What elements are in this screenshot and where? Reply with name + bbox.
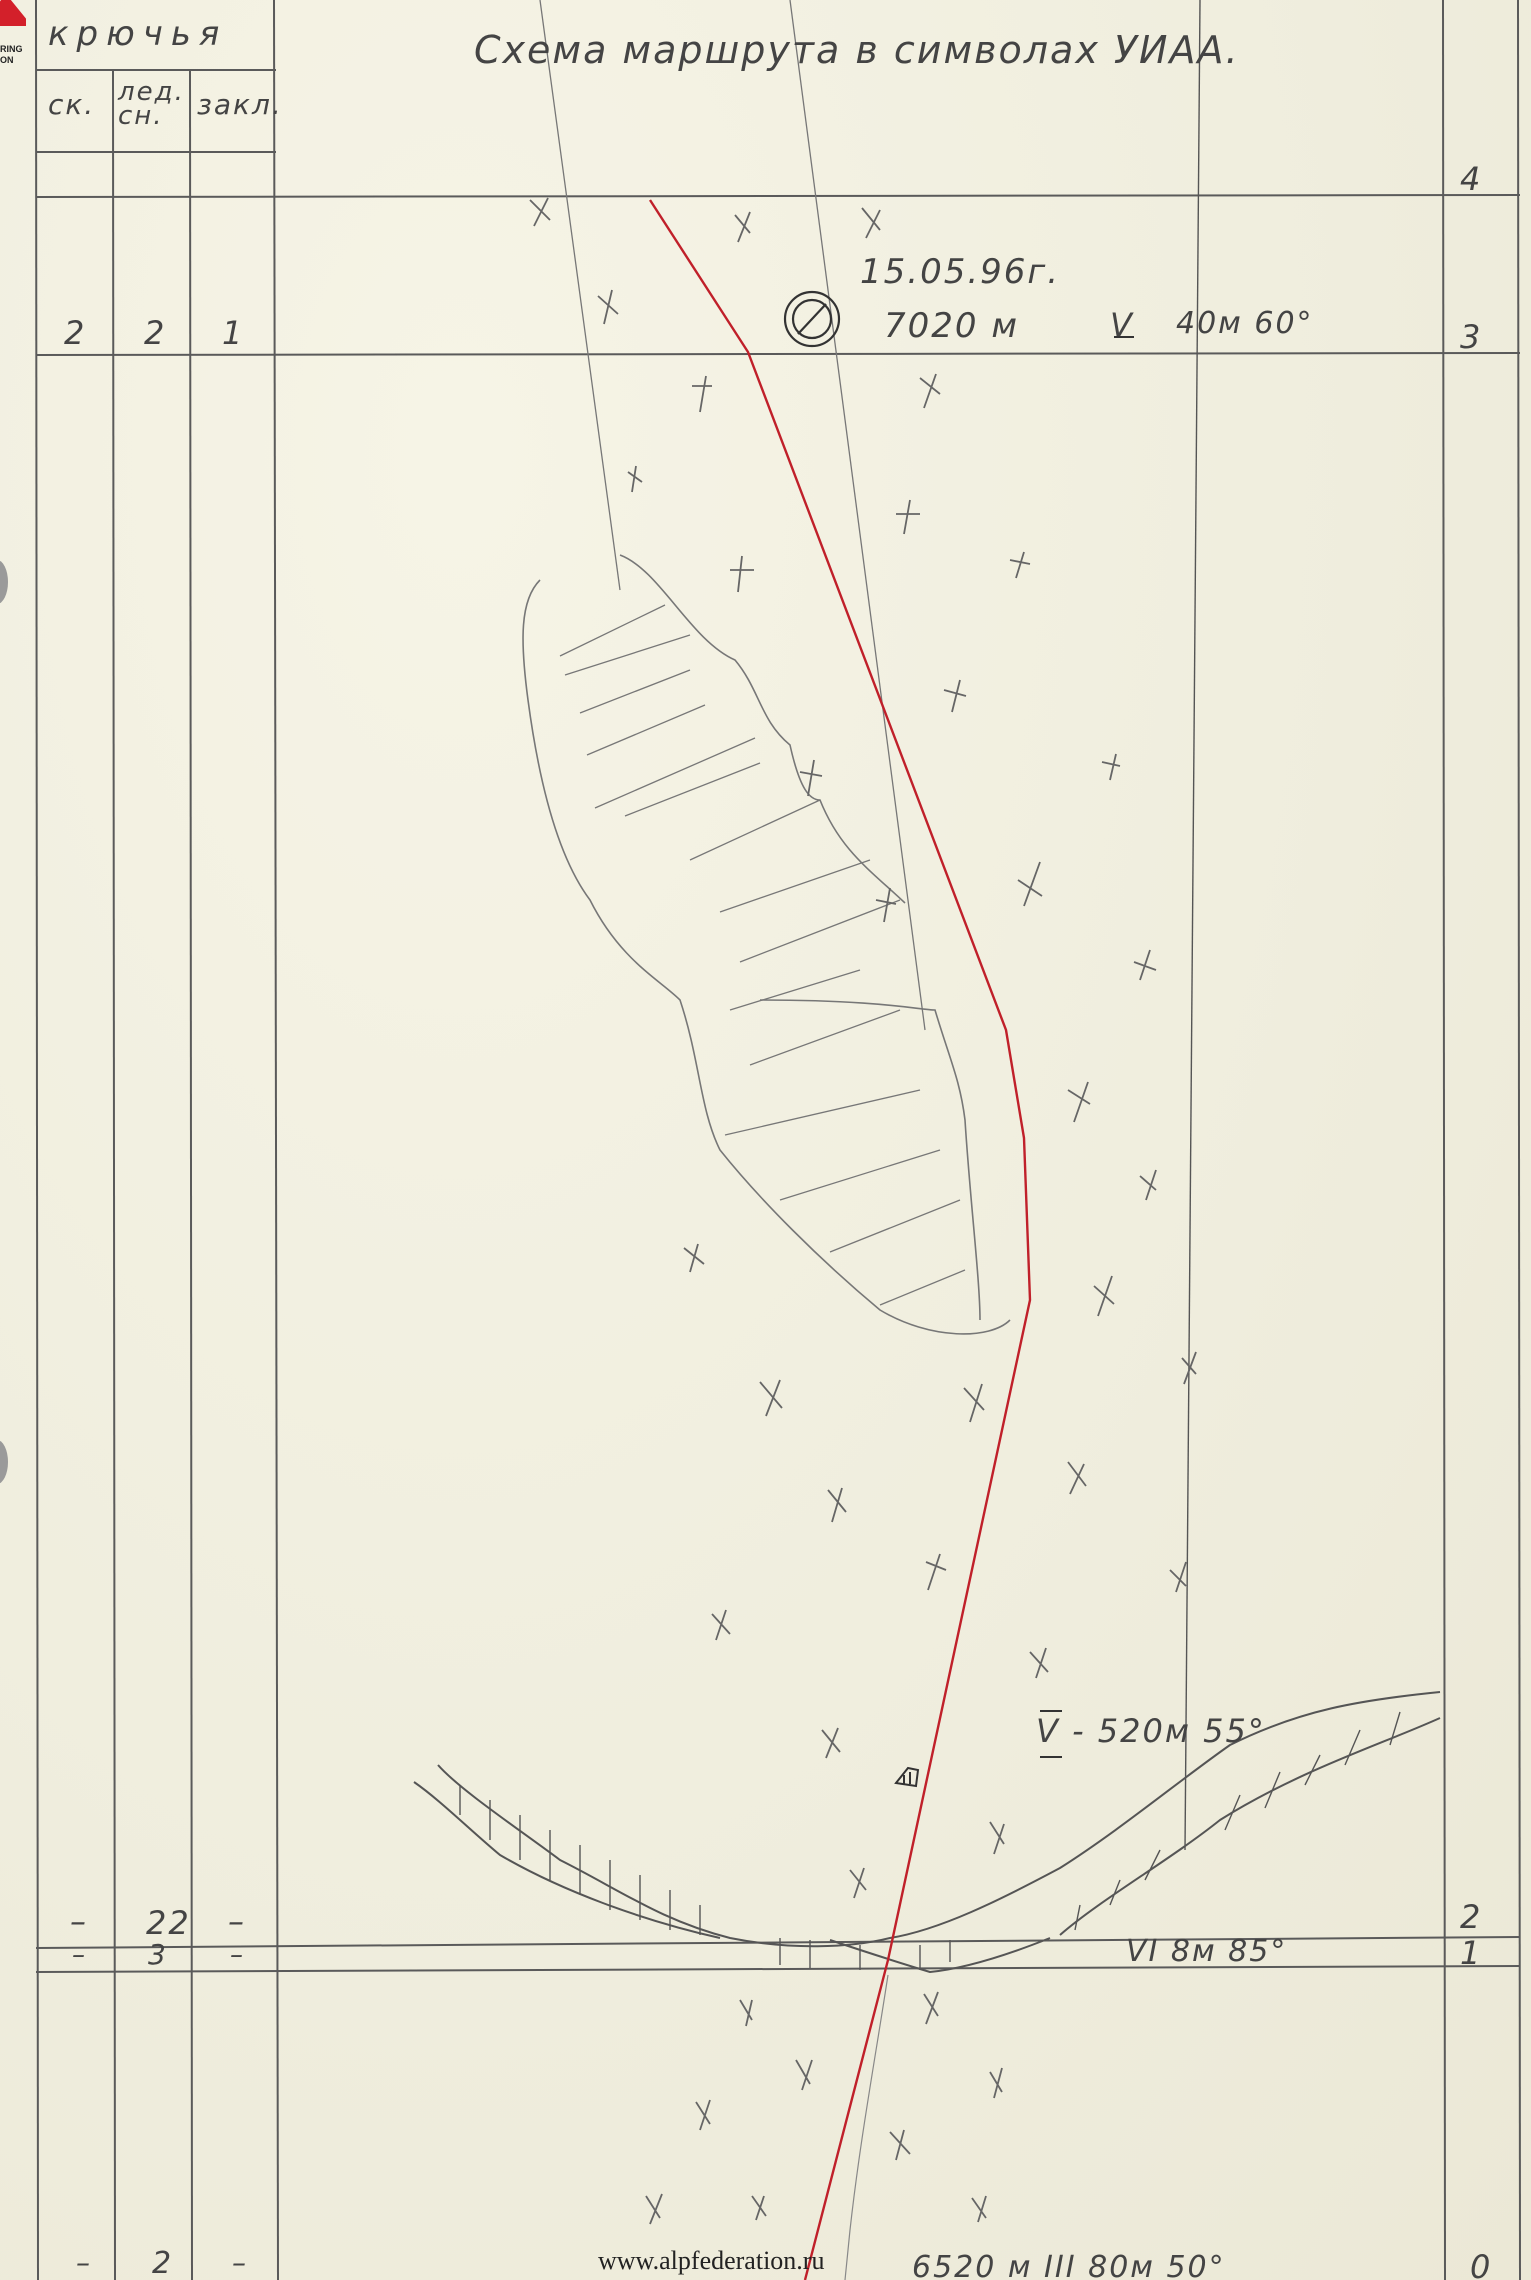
logo-triangle-icon (0, 0, 26, 26)
bergschrund (414, 0, 1440, 1972)
count-rock: – (70, 1902, 88, 1940)
count-ice: 2 (144, 314, 166, 352)
section-number: 3 (1460, 318, 1482, 356)
logo: RINGON (0, 0, 26, 70)
count-ice: 3 (148, 1938, 168, 1971)
ice-markers (530, 198, 1196, 2224)
section-number: 1 (1460, 1934, 1482, 1972)
section-number: 2 (1460, 1898, 1482, 1936)
grade-label: V (1110, 306, 1134, 344)
bivouac-marker-icon (785, 292, 839, 346)
count-fixed: 1 (222, 314, 244, 352)
count-fixed: – (228, 1902, 246, 1940)
table-title: крючья (48, 14, 227, 54)
watermark: www.alpfederation.ru (598, 2246, 824, 2276)
date-label: 15.05.96г. (860, 252, 1060, 292)
page-title: Схема маршрута в символах УИАА. (474, 28, 1240, 72)
logo-text: RINGON (0, 44, 23, 66)
column-fixed: закл. (197, 88, 283, 121)
count-rock: 2 (64, 314, 86, 352)
grade-overbars (1040, 337, 1134, 1757)
tent-icon (896, 1768, 918, 1786)
column-rock: ск. (48, 88, 95, 121)
altitude-label: 7020 м (884, 306, 1019, 346)
pitch-description: V - 520м 55° (1036, 1712, 1266, 1750)
section-number: 4 (1460, 160, 1482, 198)
pitch-description: VI 8м 85° (1126, 1934, 1287, 1969)
count-ice: 2 (152, 2246, 173, 2280)
snow-field (523, 0, 1010, 1334)
count-rock: – (76, 2246, 92, 2279)
column-ice-snow: лед. сн. (118, 80, 188, 128)
count-rock: – (72, 1940, 87, 1970)
count-fixed: – (230, 1940, 245, 1970)
count-ice: 22 (146, 1904, 191, 1942)
section-number: 0 (1470, 2248, 1492, 2280)
pitch-length-label: 40м 60° (1176, 306, 1314, 341)
rock-edge (845, 1975, 888, 2280)
table-grid (36, 0, 1520, 2280)
count-fixed: – (232, 2246, 248, 2279)
pitch-description: 6520 м III 80м 50° (912, 2250, 1226, 2280)
